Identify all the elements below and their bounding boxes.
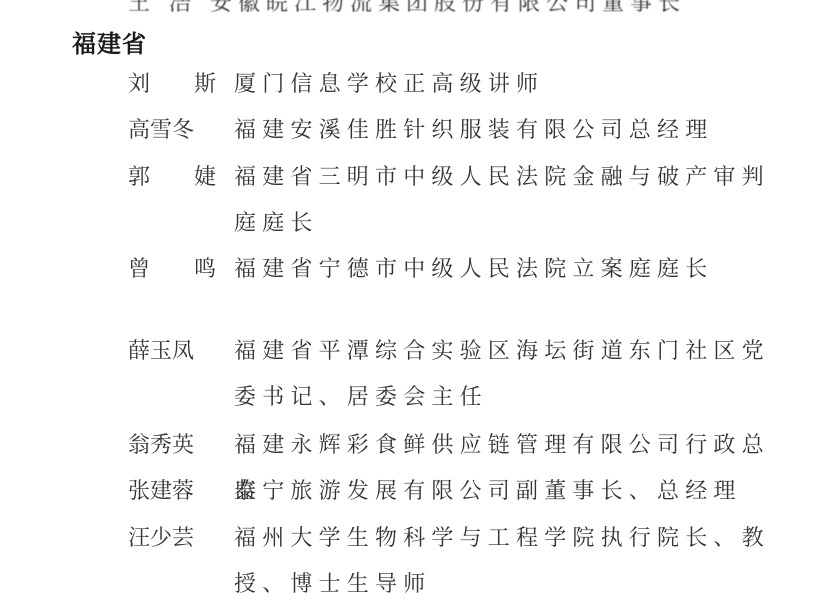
name-text: 薛玉凤 xyxy=(128,337,194,367)
name-text: 高雪冬 xyxy=(128,116,194,146)
name-text: 翁秀英 xyxy=(128,431,194,461)
name-char: 婕 xyxy=(194,163,216,193)
person-title: 福建省平潭综合实验区海坛街道东门社区党委书记、居委会主任 xyxy=(234,329,774,421)
person-name: 汪少芸 xyxy=(128,524,224,554)
person-title: 福建省宁德市中级人民法院立案庭庭长 xyxy=(234,247,774,293)
person-title: 福建安溪佳胜针织服装有限公司总经理 xyxy=(234,108,774,154)
person-title: 泰宁旅游发展有限公司副董事长、总经理 xyxy=(234,469,774,515)
name-text: 张建蓉 xyxy=(128,477,194,507)
cut-off-previous-line: 王 浩 安徽皖江物流集团股份有限公司董事长 xyxy=(128,0,686,6)
person-title: 厦门信息学校正高级讲师 xyxy=(234,62,774,108)
person-title: 福州大学生物科学与工程学院执行院长、教授、博士生导师 xyxy=(234,516,774,608)
person-title: 福建省三明市中级人民法院金融与破产审判庭庭长 xyxy=(234,155,774,247)
name-char: 斯 xyxy=(194,70,216,100)
province-heading: 福建省 xyxy=(72,24,147,59)
person-name: 曾 鸣 xyxy=(128,255,224,285)
person-name: 翁秀英 xyxy=(128,431,224,461)
name-char: 刘 xyxy=(128,70,150,100)
name-char: 鸣 xyxy=(194,255,216,285)
person-name: 张建蓉 xyxy=(128,477,224,507)
person-name: 高雪冬 xyxy=(128,116,224,146)
name-char: 曾 xyxy=(128,255,150,285)
person-name: 郭 婕 xyxy=(128,163,224,193)
name-text: 汪少芸 xyxy=(128,524,194,554)
name-char: 郭 xyxy=(128,163,150,193)
person-name: 刘 斯 xyxy=(128,70,224,100)
person-name: 薛玉凤 xyxy=(128,337,224,367)
